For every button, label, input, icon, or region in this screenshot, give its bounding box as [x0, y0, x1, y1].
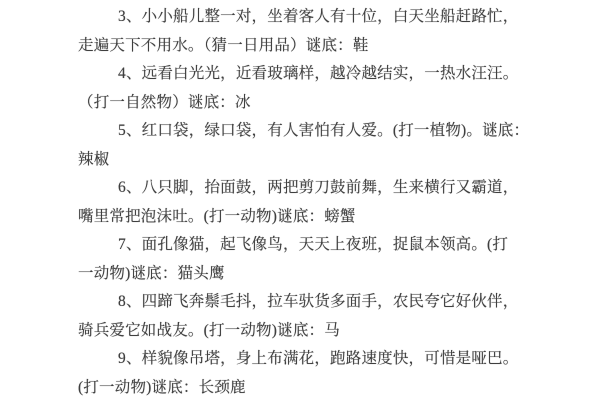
document-line: 骑兵爱它如战友。(打一动物)谜底：马	[78, 317, 520, 346]
document-line: 4、远看白光光，近看玻璃样，越冷越结实，一热水汪汪。	[78, 60, 520, 89]
document-line: 走遍天下不用水。（猜一日用品）谜底：鞋	[78, 32, 520, 61]
document-line: 9、样貌像吊塔，身上布满花，跑路速度快，可惜是哑巴。	[78, 345, 520, 374]
document-line: (打一动物)谜底：长颈鹿	[78, 374, 520, 400]
document-line: 5、红口袋，绿口袋，有人害怕有人爱。(打一植物)。谜底：	[78, 117, 520, 146]
document-line: 6、八只脚，抬面鼓，两把剪刀鼓前舞，生来横行又霸道，	[78, 174, 520, 203]
document-line: 8、四蹄飞奔鬃毛抖，拉车驮货多面手，农民夸它好伙伴，	[78, 288, 520, 317]
document-line: （打一自然物）谜底：冰	[78, 89, 520, 118]
document-line: 辣椒	[78, 146, 520, 175]
document-line: 7、面孔像猫，起飞像鸟，天天上夜班，捉鼠本领高。(打	[78, 231, 520, 260]
riddle-document: 3、小小船儿整一对，坐着客人有十位，白天坐船赶路忙， 走遍天下不用水。（猜一日用…	[0, 0, 600, 400]
document-line: 一动物)谜底：猫头鹰	[78, 260, 520, 289]
document-line: 嘴里常把泡沫吐。(打一动物)谜底：螃蟹	[78, 203, 520, 232]
document-line: 3、小小船儿整一对，坐着客人有十位，白天坐船赶路忙，	[78, 3, 520, 32]
document-page: 3、小小船儿整一对，坐着客人有十位，白天坐船赶路忙， 走遍天下不用水。（猜一日用…	[0, 0, 600, 400]
